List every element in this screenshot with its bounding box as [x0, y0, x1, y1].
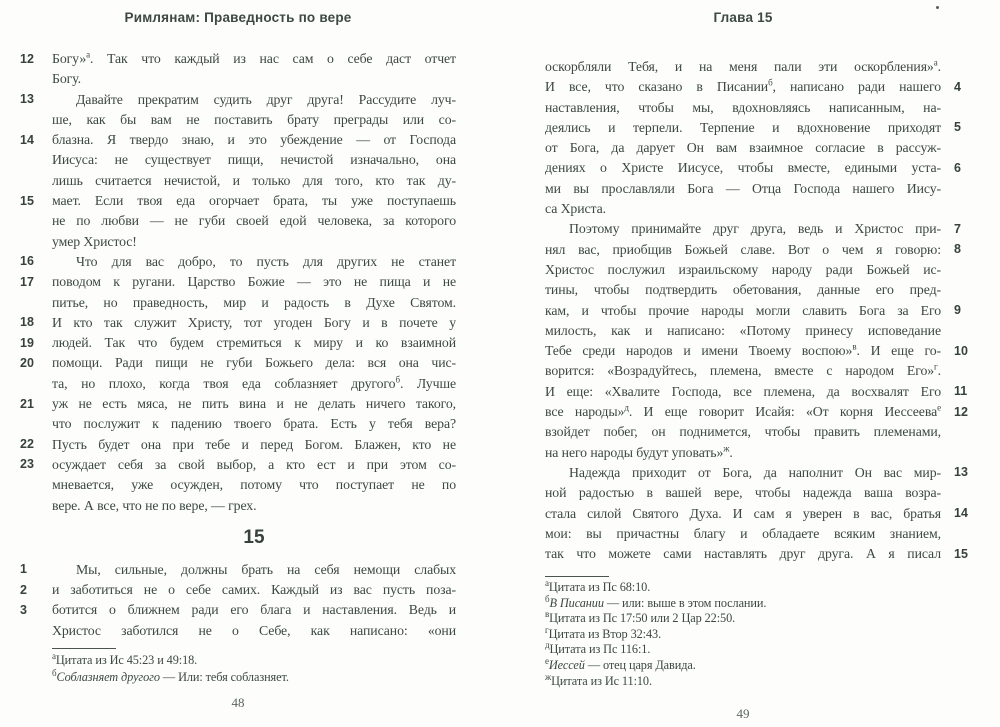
verse-number	[941, 443, 975, 446]
verse-text: Христос послужил израильскому народу рад…	[545, 260, 941, 280]
verse-number	[941, 199, 975, 202]
text-line: 16Что для вас добро, то пусть для других…	[20, 252, 456, 272]
footnote: дЦитата из Пс 116:1.	[545, 642, 941, 658]
text-line: 21уж не есть мяса, не пить вина и не дел…	[20, 394, 456, 414]
verse-text: и заботиться не о себе самих. Каждый из …	[52, 580, 456, 600]
text-line: лишь считается нечистой, и только для то…	[20, 171, 456, 191]
verse-text: от Бога, да дарует Он вам взаимное согла…	[545, 138, 941, 158]
verse-text: наставления, чтобы мы, вдохновляясь напи…	[545, 98, 941, 118]
text-line: питье, но праведность, мир и радость в Д…	[20, 293, 456, 313]
verse-number	[20, 171, 52, 174]
footnote: вЦитата из Пс 17:50 или 2 Цар 22:50.	[545, 611, 941, 627]
verse-number	[20, 110, 52, 113]
text-line: 20помощи. Ради пищи не губи Божьего дела…	[20, 353, 456, 373]
verse-number	[941, 321, 975, 324]
verse-number: 5	[941, 118, 975, 135]
verse-text: И все, что сказано в Писанииб, написано …	[545, 77, 941, 97]
text-line: 3ботится о ближнем ради его блага и наст…	[20, 600, 456, 620]
verse-text: дениях о Христе Иисусе, чтобы вместе, ед…	[545, 158, 941, 178]
verse-text: И кто так служит Христу, тот угоден Богу…	[52, 313, 456, 333]
verse-text: Давайте прекратим судить друг друга! Рас…	[52, 90, 456, 110]
verse-number	[20, 621, 52, 624]
verse-number	[20, 211, 52, 214]
text-line: что послужит к падению твоего брата. Ест…	[20, 414, 456, 434]
verse-number	[20, 496, 52, 499]
verse-text: помощи. Ради пищи не губи Божьего дела: …	[52, 353, 456, 373]
verse-number	[941, 179, 975, 182]
verse-text: та, но плохо, когда твоя еда соблазняет …	[52, 374, 456, 394]
verse-number: 2	[20, 580, 52, 597]
verse-number: 13	[941, 463, 975, 480]
verse-number: 12	[941, 402, 975, 419]
text-line: Поэтому принимайте друг друга, ведь и Хр…	[545, 219, 975, 239]
verse-text: Надежда приходит от Бога, да наполнит Он…	[545, 463, 941, 483]
verse-text: И еще: «Хвалите Господа, все племена, да…	[545, 382, 941, 402]
footnote: бВ Писании — или: выше в этом послании.	[545, 596, 941, 612]
verse-text: ботится о ближнем ради его блага и наста…	[52, 600, 456, 620]
text-line: 22Пусть будет она при тебе и перед Богом…	[20, 435, 456, 455]
text-line: от Бога, да дарует Он вам взаимное согла…	[545, 138, 975, 158]
verse-number: 12	[20, 49, 52, 66]
verse-text: стала силой Святого Духа. И сам я уверен…	[545, 504, 941, 524]
verse-number	[941, 422, 975, 425]
verse-number	[941, 361, 975, 364]
verse-text: поводом к ругани. Царство Божие — это не…	[52, 272, 456, 292]
text-line: вере. А все, что не по вере, — грех.	[20, 496, 456, 516]
text-line: тины, чтобы подтвердить обетования, данн…	[545, 280, 975, 300]
verse-number: 11	[941, 382, 975, 399]
verse-number: 18	[20, 313, 52, 330]
text-line: 14блазна. Я твердо знаю, и это убеждение…	[20, 130, 456, 150]
text-line: оскорбляли Тебя, и на меня пали эти оско…	[545, 57, 975, 77]
scan-speck	[936, 6, 939, 9]
verse-text: ми вы прославляли Бога — Отца Господа на…	[545, 179, 941, 199]
verse-text: людей. Так что будем стремиться к миру и…	[52, 333, 456, 353]
verse-text: так что можете сами наставлять друг друг…	[545, 544, 941, 564]
right-footnotes: аЦитата из Пс 68:10. бВ Писании — или: в…	[545, 576, 941, 689]
verse-number	[941, 260, 975, 263]
verse-number	[941, 57, 975, 60]
text-line: ми вы прославляли Бога — Отца Господа на…	[545, 179, 975, 199]
text-line: 17поводом к ругани. Царство Божие — это …	[20, 272, 456, 292]
verse-number: 21	[20, 394, 52, 411]
verse-text: не по любви — не губи своей едой человек…	[52, 211, 456, 231]
verse-text: ворится: «Возрадуйтесь, племена, вместе …	[545, 361, 941, 381]
verse-text: Богу»а. Так что каждый из нас сам о себе…	[52, 49, 456, 69]
verse-text: Поэтому принимайте друг друга, ведь и Хр…	[545, 219, 941, 239]
verse-text: взойдет побег, он поднимется, чтобы прав…	[545, 422, 941, 442]
verse-text: Тебе среди народов и имени Твоему воспою…	[545, 341, 941, 361]
verse-number: 16	[20, 252, 52, 269]
verse-text: Иисуса: не существует пищи, нечистой изн…	[52, 150, 456, 170]
chapter-heading: 15	[52, 516, 456, 560]
text-line: мои: вы причастны благу и обладаете всяк…	[545, 524, 975, 544]
verse-number: 14	[941, 504, 975, 521]
text-line: Иисуса: не существует пищи, нечистой изн…	[20, 150, 456, 170]
verse-number	[20, 69, 52, 72]
verse-number: 19	[20, 333, 52, 350]
verse-number: 15	[20, 191, 52, 208]
text-line: ворится: «Возрадуйтесь, племена, вместе …	[545, 361, 975, 381]
text-line: 13Давайте прекратим судить друг друга! Р…	[20, 90, 456, 110]
text-line: 18И кто так служит Христу, тот угоден Бо…	[20, 313, 456, 333]
verse-text: умер Христос!	[52, 232, 456, 252]
verse-text: блазна. Я твердо знаю, и это убеждение —…	[52, 130, 456, 150]
footnote: аЦитата из Пс 68:10.	[545, 580, 941, 596]
verse-text: кам, и чтобы прочие народы могли славить…	[545, 301, 941, 321]
text-line: дениях о Христе Иисусе, чтобы вместе, ед…	[545, 158, 975, 178]
verse-number: 3	[20, 600, 52, 617]
verse-number: 1	[20, 560, 52, 577]
verse-text: ше, как бы вам не поставить брату прегра…	[52, 110, 456, 130]
verse-number	[941, 483, 975, 486]
verse-number: 13	[20, 90, 52, 107]
verse-text: мает. Если твоя еда огорчает брата, ты у…	[52, 191, 456, 211]
text-line: Надежда приходит от Бога, да наполнит Он…	[545, 463, 975, 483]
text-line: мневается, уже осужден, потому что посту…	[20, 475, 456, 495]
text-line: кам, и чтобы прочие народы могли славить…	[545, 301, 975, 321]
verse-text: все народы»д. И еще говорит Исайя: «От к…	[545, 402, 941, 422]
footnote: бСоблазняет другого — Или: тебя соблазня…	[52, 669, 456, 686]
verse-number: 6	[941, 158, 975, 175]
left-footnotes: аЦитата из Ис 45:23 и 49:18. бСоблазняет…	[52, 648, 456, 686]
verse-text: мневается, уже осужден, потому что посту…	[52, 475, 456, 495]
text-line: ной радостью в вашей вере, чтобы надежда…	[545, 483, 975, 503]
text-line: милость, как и написано: «Потому принесу…	[545, 321, 975, 341]
text-line: все народы»д. И еще говорит Исайя: «От к…	[545, 402, 975, 422]
text-line: 23осуждает себя за свой выбор, а кто ест…	[20, 455, 456, 475]
verse-text: питье, но праведность, мир и радость в Д…	[52, 293, 456, 313]
text-line: стала силой Святого Духа. И сам я уверен…	[545, 504, 975, 524]
book-spread: Римлянам: Праведность по вере 12Богу»а. …	[0, 0, 1000, 727]
footnote: аЦитата из Ис 45:23 и 49:18.	[52, 652, 456, 669]
verse-text: вере. А все, что не по вере, — грех.	[52, 496, 456, 516]
text-line: нял вас, приобщив Божьей славе. Вот о че…	[545, 240, 975, 260]
verse-number: 4	[941, 77, 975, 94]
text-line: та, но плохо, когда твоя еда соблазняет …	[20, 374, 456, 394]
text-line: И еще: «Хвалите Господа, все племена, да…	[545, 382, 975, 402]
page-number-right: 49	[545, 706, 941, 722]
page-number-left: 48	[20, 695, 456, 711]
verse-number: 7	[941, 219, 975, 236]
footnote: гЦитата из Втор 32:43.	[545, 627, 941, 643]
text-line: И все, что сказано в Писанииб, написано …	[545, 77, 975, 97]
verse-text: ной радостью в вашей вере, чтобы надежда…	[545, 483, 941, 503]
text-line: наставления, чтобы мы, вдохновляясь напи…	[545, 98, 975, 118]
text-line: Богу.	[20, 69, 456, 89]
verse-number: 15	[941, 544, 975, 561]
verse-text: деялись и терпели. Терпение и вдохновени…	[545, 118, 941, 138]
verse-number	[20, 414, 52, 417]
text-line: 1Мы, сильные, должны брать на себя немощ…	[20, 560, 456, 580]
right-text-column: оскорбляли Тебя, и на меня пали эти оско…	[545, 57, 975, 564]
verse-number	[941, 280, 975, 283]
verse-text: уж не есть мяса, не пить вина и не делат…	[52, 394, 456, 414]
verse-number: 20	[20, 353, 52, 370]
verse-number: 17	[20, 272, 52, 289]
verse-number	[20, 232, 52, 235]
running-header-right: Глава 15	[545, 10, 941, 25]
verse-text: мои: вы причастны благу и обладаете всяк…	[545, 524, 941, 544]
text-line: 15мает. Если твоя еда огорчает брата, ты…	[20, 191, 456, 211]
verse-number	[20, 475, 52, 478]
verse-text: Что для вас добро, то пусть для других н…	[52, 252, 456, 272]
verse-text: милость, как и написано: «Потому принесу…	[545, 321, 941, 341]
verse-number: 9	[941, 301, 975, 318]
footnote-rule	[52, 648, 116, 649]
text-line: на него народы будут уповать»ж.	[545, 443, 975, 463]
footnote: еИессей — отец царя Давида.	[545, 658, 941, 674]
verse-text: Пусть будет она при тебе и перед Богом. …	[52, 435, 456, 455]
verse-text: нял вас, приобщив Божьей славе. Вот о че…	[545, 240, 941, 260]
text-line: 2и заботиться не о себе самих. Каждый из…	[20, 580, 456, 600]
verse-number: 10	[941, 341, 975, 358]
text-line: Христос заботился не о Себе, как написан…	[20, 621, 456, 641]
verse-text: Христос заботился не о Себе, как написан…	[52, 621, 456, 641]
verse-number: 8	[941, 240, 975, 257]
verse-number: 22	[20, 435, 52, 452]
footnote: жЦитата из Ис 11:10.	[545, 674, 941, 690]
verse-number	[20, 374, 52, 377]
text-line: так что можете сами наставлять друг друг…	[545, 544, 975, 564]
text-line: не по любви — не губи своей едой человек…	[20, 211, 456, 231]
verse-text: лишь считается нечистой, и только для то…	[52, 171, 456, 191]
left-text-column: 12Богу»а. Так что каждый из нас сам о се…	[20, 49, 456, 641]
verse-number	[941, 98, 975, 101]
text-line: Христос послужил израильскому народу рад…	[545, 260, 975, 280]
text-line: деялись и терпели. Терпение и вдохновени…	[545, 118, 975, 138]
verse-text: Богу.	[52, 69, 456, 89]
verse-text: са Христа.	[545, 199, 941, 219]
verse-number	[20, 293, 52, 296]
verse-number: 23	[20, 455, 52, 472]
verse-text: Мы, сильные, должны брать на себя немощи…	[52, 560, 456, 580]
verse-number	[941, 138, 975, 141]
text-line: взойдет побег, он поднимется, чтобы прав…	[545, 422, 975, 442]
verse-text: осуждает себя за свой выбор, а кто ест и…	[52, 455, 456, 475]
verse-number	[20, 150, 52, 153]
footnote-rule	[545, 576, 609, 577]
verse-number	[941, 524, 975, 527]
text-line: са Христа.	[545, 199, 975, 219]
verse-text: тины, чтобы подтвердить обетования, данн…	[545, 280, 941, 300]
verse-text: на него народы будут уповать»ж.	[545, 443, 941, 463]
verse-number: 14	[20, 130, 52, 147]
text-line: ше, как бы вам не поставить брату прегра…	[20, 110, 456, 130]
text-line: 19людей. Так что будем стремиться к миру…	[20, 333, 456, 353]
verse-text: оскорбляли Тебя, и на меня пали эти оско…	[545, 57, 941, 77]
text-line: 12Богу»а. Так что каждый из нас сам о се…	[20, 49, 456, 69]
running-header-left: Римлянам: Праведность по вере	[20, 10, 456, 25]
text-line: Тебе среди народов и имени Твоему воспою…	[545, 341, 975, 361]
text-line: умер Христос!	[20, 232, 456, 252]
verse-text: что послужит к падению твоего брата. Ест…	[52, 414, 456, 434]
